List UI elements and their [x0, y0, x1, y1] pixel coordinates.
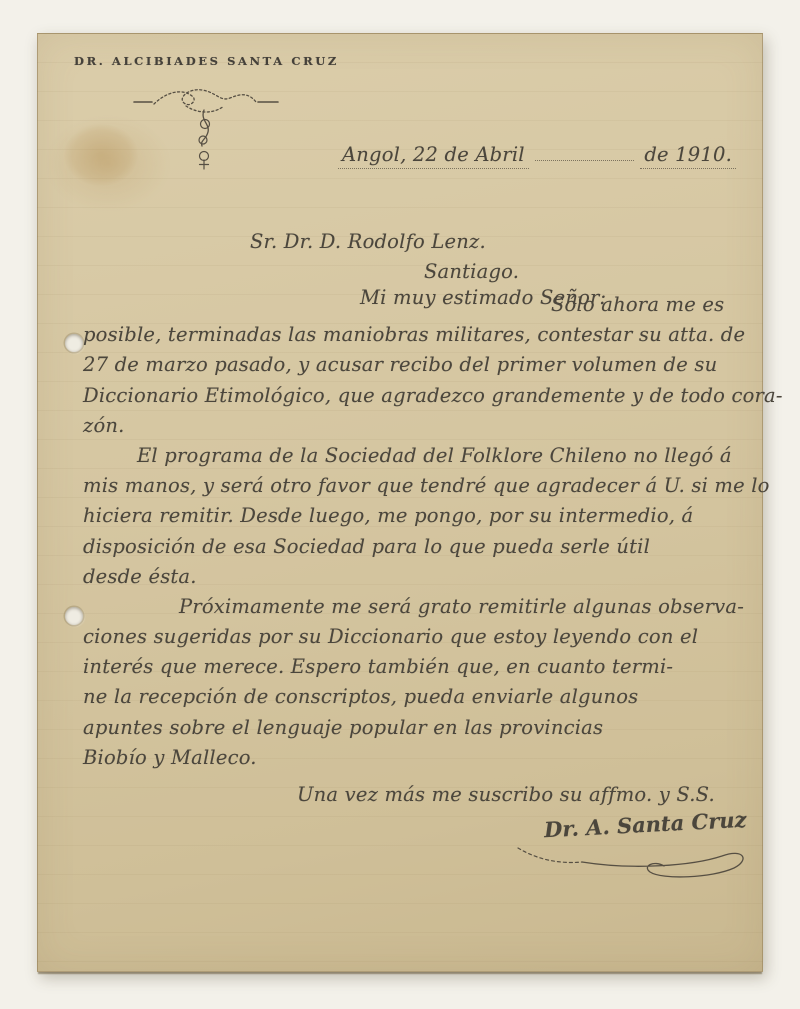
closing-line: Una vez más me suscribo su affmo. y S.S. — [83, 780, 755, 810]
letter-line: ne la recepción de conscriptos, pueda en… — [83, 682, 755, 712]
letter-line: Diccionario Etimológico, que agradezco g… — [83, 381, 755, 411]
date-place-day: Angol, 22 de Abril — [338, 143, 529, 169]
letter-line: apuntes sobre el lenguaje popular en las… — [83, 713, 755, 743]
date-line: Angol, 22 de Abril de 1910. — [338, 136, 736, 169]
letter-line: zón. — [83, 411, 755, 441]
letter-line: interés que merece. Espero también que, … — [83, 652, 755, 682]
flourish-ornament-icon — [126, 80, 286, 176]
letter-line: posible, terminadas las maniobras milita… — [83, 320, 755, 350]
signature-block: Dr. A. Santa Cruz — [530, 812, 760, 837]
letterhead-name: DR. ALCIBIADES SANTA CRUZ — [74, 54, 334, 68]
letterhead: DR. ALCIBIADES SANTA CRUZ — [74, 54, 334, 68]
letter-paper: DR. ALCIBIADES SANTA CRUZ Angol, 22 de A… — [37, 33, 763, 972]
dotted-rule — [535, 136, 635, 161]
letter-line: mis manos, y será otro favor que tendré … — [83, 471, 755, 501]
letter-line: Biobío y Malleco. — [83, 743, 755, 773]
punch-hole-top — [65, 334, 83, 352]
letter-body: Sólo ahora me es posible, terminadas las… — [83, 290, 755, 810]
letter-line: Próximamente me será grato remitirle alg… — [83, 592, 755, 622]
scan-background: { "colors": { "page_background": "#f3f1e… — [0, 0, 800, 1009]
recipient-line: Sr. Dr. D. Rodolfo Lenz. — [250, 230, 486, 253]
letter-line: Sólo ahora me es — [83, 290, 755, 320]
punch-hole-bottom — [65, 607, 83, 625]
date-year: de 1910. — [640, 143, 736, 169]
letter-line: disposición de esa Sociedad para lo que … — [83, 532, 755, 562]
letter-line: El programa de la Sociedad del Folklore … — [83, 441, 755, 471]
signature-flourish-icon — [512, 826, 772, 888]
letter-line: 27 de marzo pasado, y acusar recibo del … — [83, 350, 755, 380]
letter-line: ciones sugeridas por su Diccionario que … — [83, 622, 755, 652]
recipient-city: Santiago. — [424, 260, 519, 283]
letter-line: hiciera remitir. Desde luego, me pongo, … — [83, 501, 755, 531]
letter-line: desde ésta. — [83, 562, 755, 592]
